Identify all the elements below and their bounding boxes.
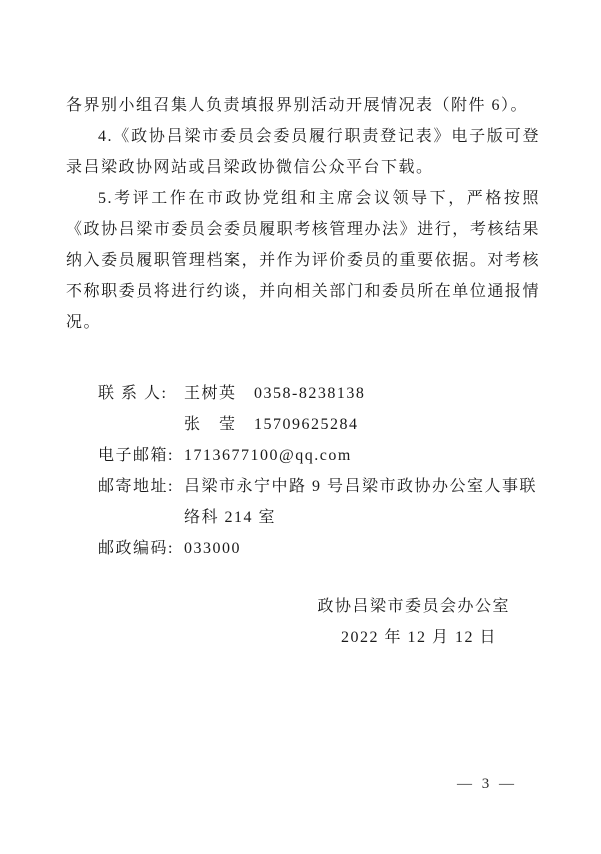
- document-page: 各界别小组召集人负责填报界别活动开展情况表（附件 6）。 4.《政协吕梁市委员会…: [0, 0, 601, 854]
- paragraph-item-5: 5.考评工作在市政协党组和主席会议领导下，严格按照《政协吕梁市委员会委员履职考核…: [66, 183, 540, 338]
- contact-label: 联 系 人:: [98, 378, 178, 409]
- contact-value: 络科 214 室: [184, 502, 276, 533]
- contact-value: 1713677100@qq.com: [184, 440, 352, 471]
- contact-row-postcode: 邮政编码: 033000: [98, 533, 540, 564]
- paragraph-item-4: 4.《政协吕梁市委员会委员履行职责登记表》电子版可登录吕梁政协网站或吕梁政协微信…: [66, 121, 540, 183]
- page-number: — 3 —: [457, 776, 517, 792]
- contact-value: 033000: [184, 533, 241, 564]
- contact-label: 邮政编码:: [98, 533, 178, 564]
- document-body: 各界别小组召集人负责填报界别活动开展情况表（附件 6）。 4.《政协吕梁市委员会…: [66, 90, 540, 338]
- contact-value: 吕梁市永宁中路 9 号吕梁市政协办公室人事联: [184, 471, 537, 502]
- contact-value: 张 莹 15709625284: [184, 409, 359, 440]
- contact-row-person-1: 联 系 人: 王树英 0358-8238138: [98, 378, 540, 409]
- contact-value: 王树英 0358-8238138: [184, 378, 365, 409]
- signature-date: 2022 年 12 月 12 日: [66, 622, 540, 653]
- contact-block: 联 系 人: 王树英 0358-8238138 张 莹 15709625284 …: [98, 378, 540, 564]
- signature-organization: 政协吕梁市委员会办公室: [66, 591, 540, 622]
- page-footer: — 3 —: [457, 774, 517, 794]
- contact-row-email: 电子邮箱: 1713677100@qq.com: [98, 440, 540, 471]
- contact-row-address-2: 络科 214 室: [98, 502, 540, 533]
- contact-label: 邮寄地址:: [98, 471, 178, 502]
- paragraph-continuation: 各界别小组召集人负责填报界别活动开展情况表（附件 6）。: [66, 90, 540, 121]
- contact-label: 电子邮箱:: [98, 440, 178, 471]
- signature-block: 政协吕梁市委员会办公室 2022 年 12 月 12 日: [66, 591, 540, 653]
- contact-row-address-1: 邮寄地址: 吕梁市永宁中路 9 号吕梁市政协办公室人事联: [98, 471, 540, 502]
- contact-row-person-2: 张 莹 15709625284: [98, 409, 540, 440]
